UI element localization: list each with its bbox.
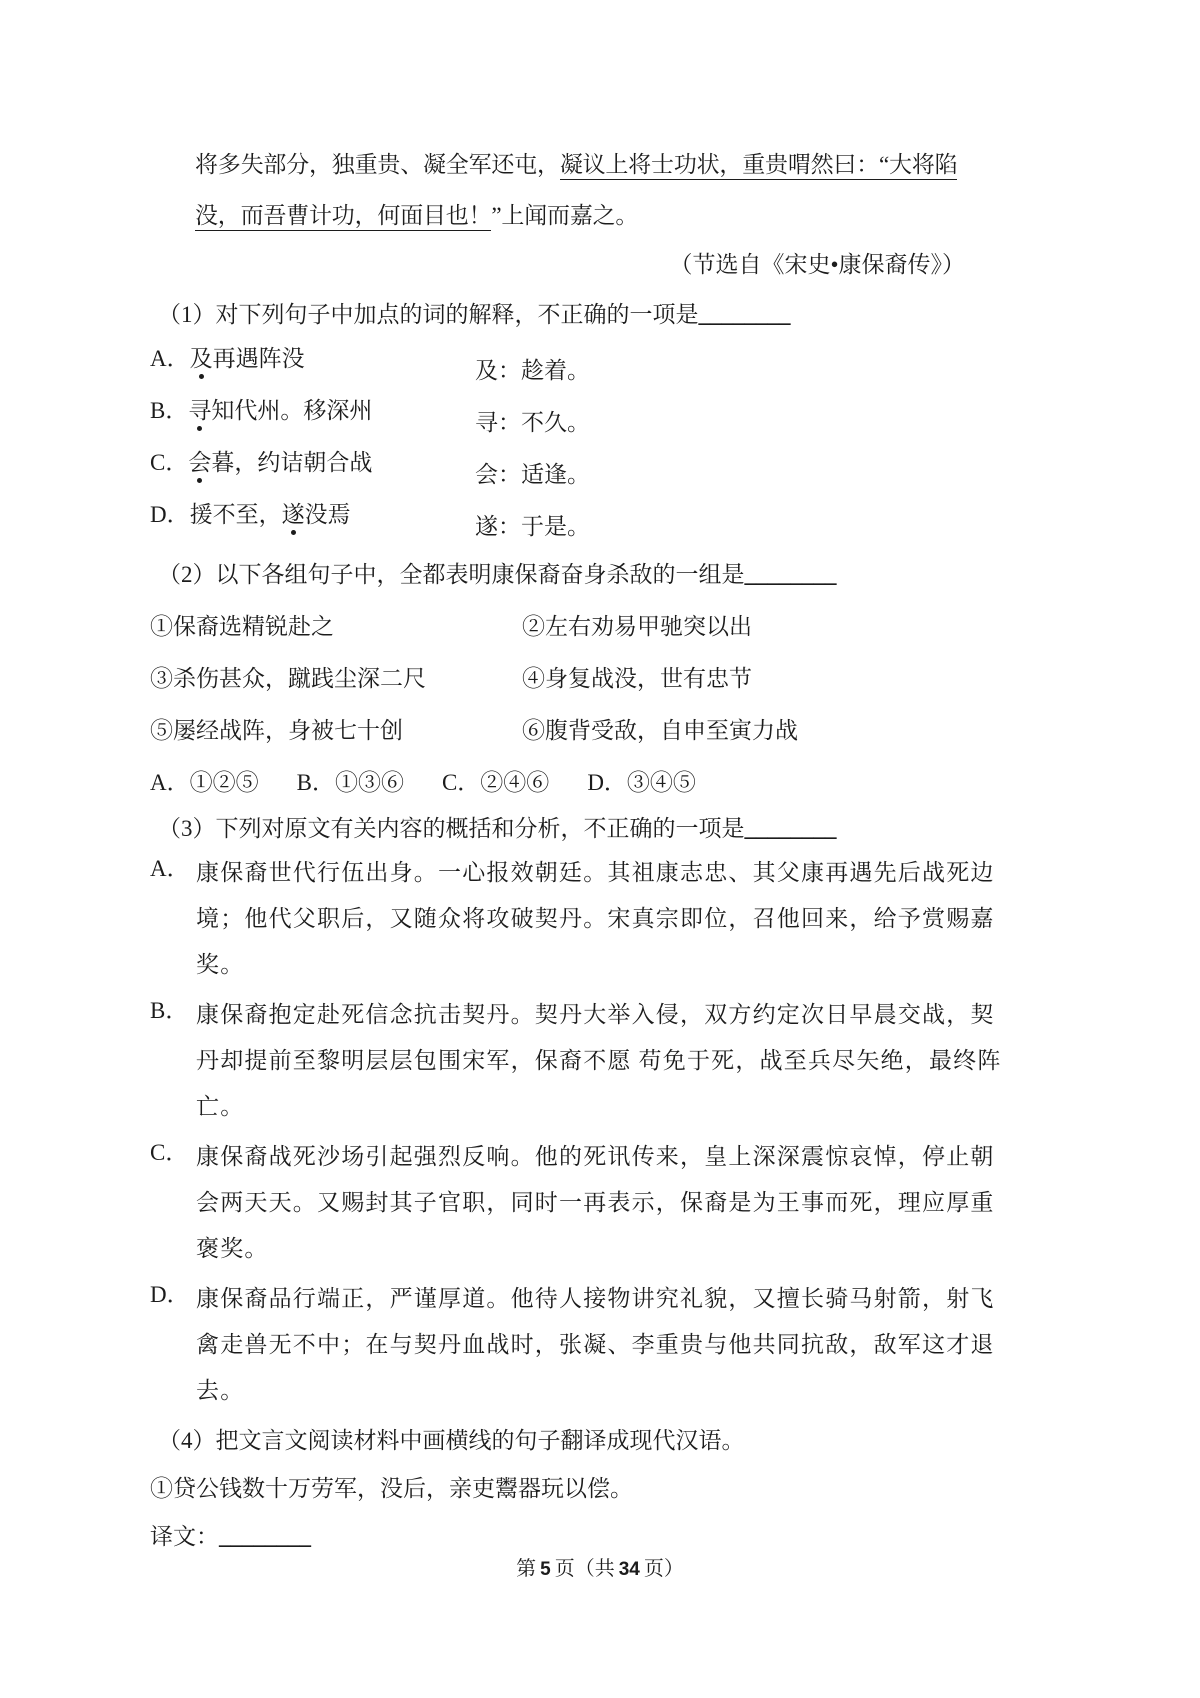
q2-row-1: ①保裔选精锐赴之②左右劝易甲驰突以出 [150,608,752,641]
option-text-line: 丹却提前至黎明层层包围宋军，保裔不愿 苟免于死，战至兵尽矢绝，最终阵 [196,1038,1121,1084]
passage-text: ”上闻而嘉之。 [491,203,638,228]
question1-stem: （1）对下列句子中加点的词的解释，不正确的一项是________ [158,296,791,329]
translation-label: 译文： [150,1524,219,1549]
option-rest: 暮，约诘朝合战 [211,450,372,475]
stem-text: （1）对下列句子中加点的词的解释，不正确的一项是 [158,302,699,327]
q3-option-a: A． 康保裔世代行伍出身。一心报效朝廷。其祖康志忠、其父康再遇先后战死边 境；他… [150,850,1121,988]
question3-stem: （3）下列对原文有关内容的概括和分析，不正确的一项是________ [158,810,837,843]
option-pre: 援不至， [190,502,282,527]
q2-item-3: ③杀伤甚众，蹴践尘深二尺 [150,660,522,693]
option-text-line: 康保裔抱定赴死信念抗击契丹。契丹大举入侵，双方约定次日早晨交战，契 [196,992,1121,1038]
q2-item-4: ④身复战没，世有忠节 [522,666,752,691]
q3-option-b: B． 康保裔抱定赴死信念抗击契丹。契丹大举入侵，双方约定次日早晨交战，契 丹却提… [150,992,1121,1130]
q1-option-c-explanation: 会：适逢。 [475,456,590,489]
q4-translation-line: 译文：________ [150,1518,311,1551]
passage-attribution: （节选自《宋史•康保裔传》） [669,246,965,279]
q3-option-c: C． 康保裔战死沙场引起强烈反响。他的死讯传来，皇上深深震惊哀悼，停止朝 会两天… [150,1134,1121,1272]
footer-text: 第 [516,1558,536,1580]
option-dotted-char: 寻 [188,398,211,423]
q1-option-a-explanation: 及：趁着。 [475,352,590,385]
q2-item-5: ⑤屡经战阵，身被七十创 [150,712,522,745]
option-text-line: 奖。 [196,942,1121,988]
passage-line-2: 没，而吾曹计功，何面目也！”上闻而嘉之。 [195,197,638,230]
option-letter: A． [150,346,190,371]
option-text-line: 去。 [196,1368,1121,1414]
answer-blank: ________ [699,302,791,327]
q3-option-d: D． 康保裔品行端正，严谨厚道。他待人接物讲究礼貌，又擅长骑马射箭，射飞 禽走兽… [150,1276,1121,1414]
q1-option-d-explanation: 遂：于是。 [475,508,590,541]
q1-option-d: D．援不至，遂没焉 [150,496,351,529]
option-text-line: 会两天天。又赐封其子官职，同时一再表示，保裔是为王事而死，理应厚重 [196,1180,1121,1226]
option-letter: A． [150,850,190,883]
option-letter: C． [150,1134,188,1167]
q1-option-b-explanation: 寻：不久。 [475,404,590,437]
option-dotted-char: 遂 [282,502,305,527]
exam-paper-page: 将多失部分，独重贵、凝全军还屯，凝议上将士功状，重贵喟然曰：“大将陷 没，而吾曹… [0,0,1200,1698]
option-text-line: 康保裔战死沙场引起强烈反响。他的死讯传来，皇上深深震惊哀悼，停止朝 [196,1134,1121,1180]
q1-option-b: B．寻知代州。移深州 [150,392,372,425]
q2-answer-a: A．①②⑤ [150,770,259,795]
page-number: 5 [540,1559,551,1580]
option-letter: B． [150,398,188,423]
option-letter: D． [150,1276,190,1309]
q1-option-c: C．会暮，约诘朝合战 [150,444,372,477]
option-text-line: 康保裔世代行伍出身。一心报效朝廷。其祖康志忠、其父康再遇先后战死边 [196,850,1121,896]
footer-text: 页） [644,1558,684,1580]
option-letter: D． [150,502,190,527]
q2-item-2: ②左右劝易甲驰突以出 [522,614,752,639]
q2-answer-options: A．①②⑤B．①③⑥C．②④⑥D．③④⑤ [150,764,734,797]
answer-blank: ________ [745,816,837,841]
option-text-line: 禽走兽无不中；在与契丹血战时，张凝、李重贵与他共同抗敌，敌军这才退 [196,1322,1121,1368]
q2-answer-d: D．③④⑤ [587,770,696,795]
option-letter: C． [150,450,188,475]
passage-line-1: 将多失部分，独重贵、凝全军还屯，凝议上将士功状，重贵喟然曰：“大将陷 [195,146,957,179]
stem-text: （2）以下各组句子中，全都表明康保裔奋身杀敌的一组是 [158,562,745,587]
q1-option-a: A．及再遇阵没 [150,340,305,373]
q2-item-6: ⑥腹背受敌，自申至寅力战 [522,718,798,743]
option-rest: 再遇阵没 [213,346,305,371]
q2-row-3: ⑤屡经战阵，身被七十创⑥腹背受敌，自申至寅力战 [150,712,798,745]
q2-answer-b: B．①③⑥ [297,770,404,795]
option-rest: 知代州。移深州 [211,398,372,423]
translation-blank: ________ [219,1524,311,1549]
option-dotted-char: 会 [188,450,211,475]
question4-stem: （4）把文言文阅读材料中画横线的句子翻译成现代汉语。 [158,1422,745,1455]
option-dotted-char: 及 [190,346,213,371]
option-text-line: 褒奖。 [196,1226,1121,1272]
passage-underlined-text: 凝议上将士功状，重贵喟然曰：“大将陷 [560,152,958,180]
question2-stem: （2）以下各组句子中，全都表明康保裔奋身杀敌的一组是________ [158,556,837,589]
footer-text: 页（共 [555,1558,615,1580]
option-letter: B． [150,992,188,1025]
answer-blank: ________ [745,562,837,587]
q4-sentence-1: ①贷公钱数十万劳军，没后，亲吏鬻器玩以偿。 [150,1470,633,1503]
option-text-line: 康保裔品行端正，严谨厚道。他待人接物讲究礼貌，又擅长骑马射箭，射飞 [196,1276,1121,1322]
option-text-line: 境；他代父职后，又随众将攻破契丹。宋真宗即位，召他回来，给予赏赐嘉 [196,896,1121,942]
option-text-line: 亡。 [196,1084,1121,1130]
total-pages: 34 [619,1559,640,1580]
stem-text: （3）下列对原文有关内容的概括和分析，不正确的一项是 [158,816,745,841]
page-footer: 第5页（共34页） [0,1552,1200,1581]
q2-item-1: ①保裔选精锐赴之 [150,608,522,641]
q2-answer-c: C．②④⑥ [442,770,549,795]
option-rest: 没焉 [305,502,351,527]
passage-text: 将多失部分，独重贵、凝全军还屯， [195,152,560,177]
passage-underlined-text: 没，而吾曹计功，何面目也！ [195,203,491,231]
q2-row-2: ③杀伤甚众，蹴践尘深二尺④身复战没，世有忠节 [150,660,752,693]
